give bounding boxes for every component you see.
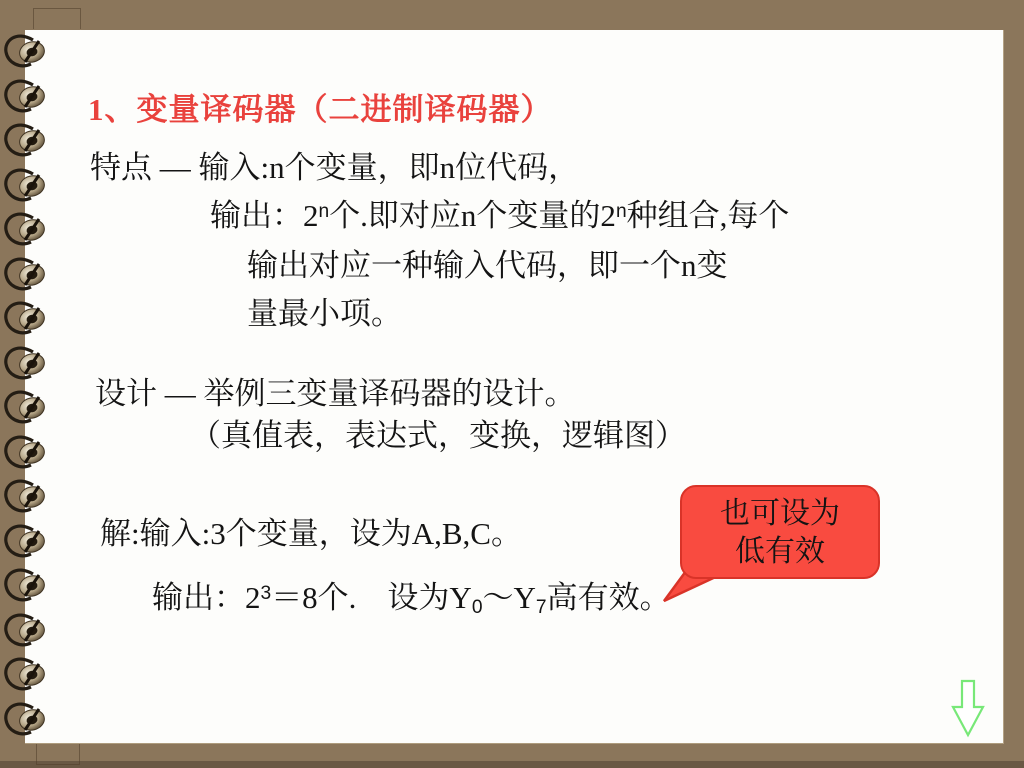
callout-bubble: 也可设为 低有效 [680,485,880,579]
design-line: 设计 — 举例三变量译码器的设计。 [95,376,576,412]
text-segment: n [616,201,627,222]
spiral-ring-icon [2,478,48,516]
design-detail-line: （真值表，表达式，变换，逻辑图） [190,418,686,454]
spiral-ring-icon [2,567,48,605]
spiral-ring-icon [2,211,48,249]
text-segment: 个.即对应n个变量的2 [329,198,616,233]
callout-line-1: 也可设为 [682,495,878,533]
text-segment: （真值表，表达式，变换，逻辑图） [190,418,686,453]
text-segment: ～Y [483,580,536,615]
slide-background: 1、变量译码器（二进制译码器） 特点 — 输入:n个变量，即n位代码， 输出：2… [0,0,1024,768]
text-segment: 特点 — 输入:n个变量，即n位代码， [90,150,579,185]
spiral-ring-icon [2,300,48,338]
spiral-ring-icon [2,701,48,739]
down-arrow-icon [948,679,988,739]
desk-edge [0,761,1024,768]
spiral-ring-icon [2,656,48,694]
spiral-ring-icon [2,389,48,427]
text-segment: 输出：2 [152,580,261,615]
text-segment: n [319,201,330,222]
solution-output-line: 输出：23＝8个. 设为Y0～Y7高有效。 [152,580,671,619]
text-segment: 7 [536,597,547,618]
spiral-ring-icon [2,256,48,294]
text-segment: 量最小项。 [247,296,402,331]
callout-line-2: 低有效 [682,533,878,571]
text-segment: 输出：2 [210,198,319,233]
spiral-ring-icon [2,345,48,383]
spiral-ring-icon [2,434,48,472]
output-definition-line-3: 量最小项。 [247,296,402,332]
output-definition-line-1: 输出：2n个.即对应n个变量的2n种组合,每个 [210,198,789,234]
text-segment: 设计 — 举例三变量译码器的设计。 [95,376,576,411]
spiral-binding [0,0,70,768]
slide-title: 1、变量译码器（二进制译码器） [88,84,553,129]
spiral-ring-icon [2,122,48,160]
text-segment: 输出对应一种输入代码，即一个n变 [247,248,728,283]
text-segment: 解:输入:3个变量，设为A,B,C。 [100,516,522,551]
text-segment: 3 [261,583,272,604]
text-segment: 0 [472,597,483,618]
spiral-ring-icon [2,167,48,205]
spiral-ring-icon [2,523,48,561]
text-segment: ＝8个. 设为Y [271,580,472,615]
solution-input-line: 解:输入:3个变量，设为A,B,C。 [100,516,522,552]
spiral-ring-icon [2,612,48,650]
text-segment: 种组合,每个 [627,198,790,233]
spiral-ring-icon [2,78,48,116]
feature-line: 特点 — 输入:n个变量，即n位代码， [90,150,579,186]
spiral-ring-icon [2,33,48,71]
output-definition-line-2: 输出对应一种输入代码，即一个n变 [247,248,728,284]
